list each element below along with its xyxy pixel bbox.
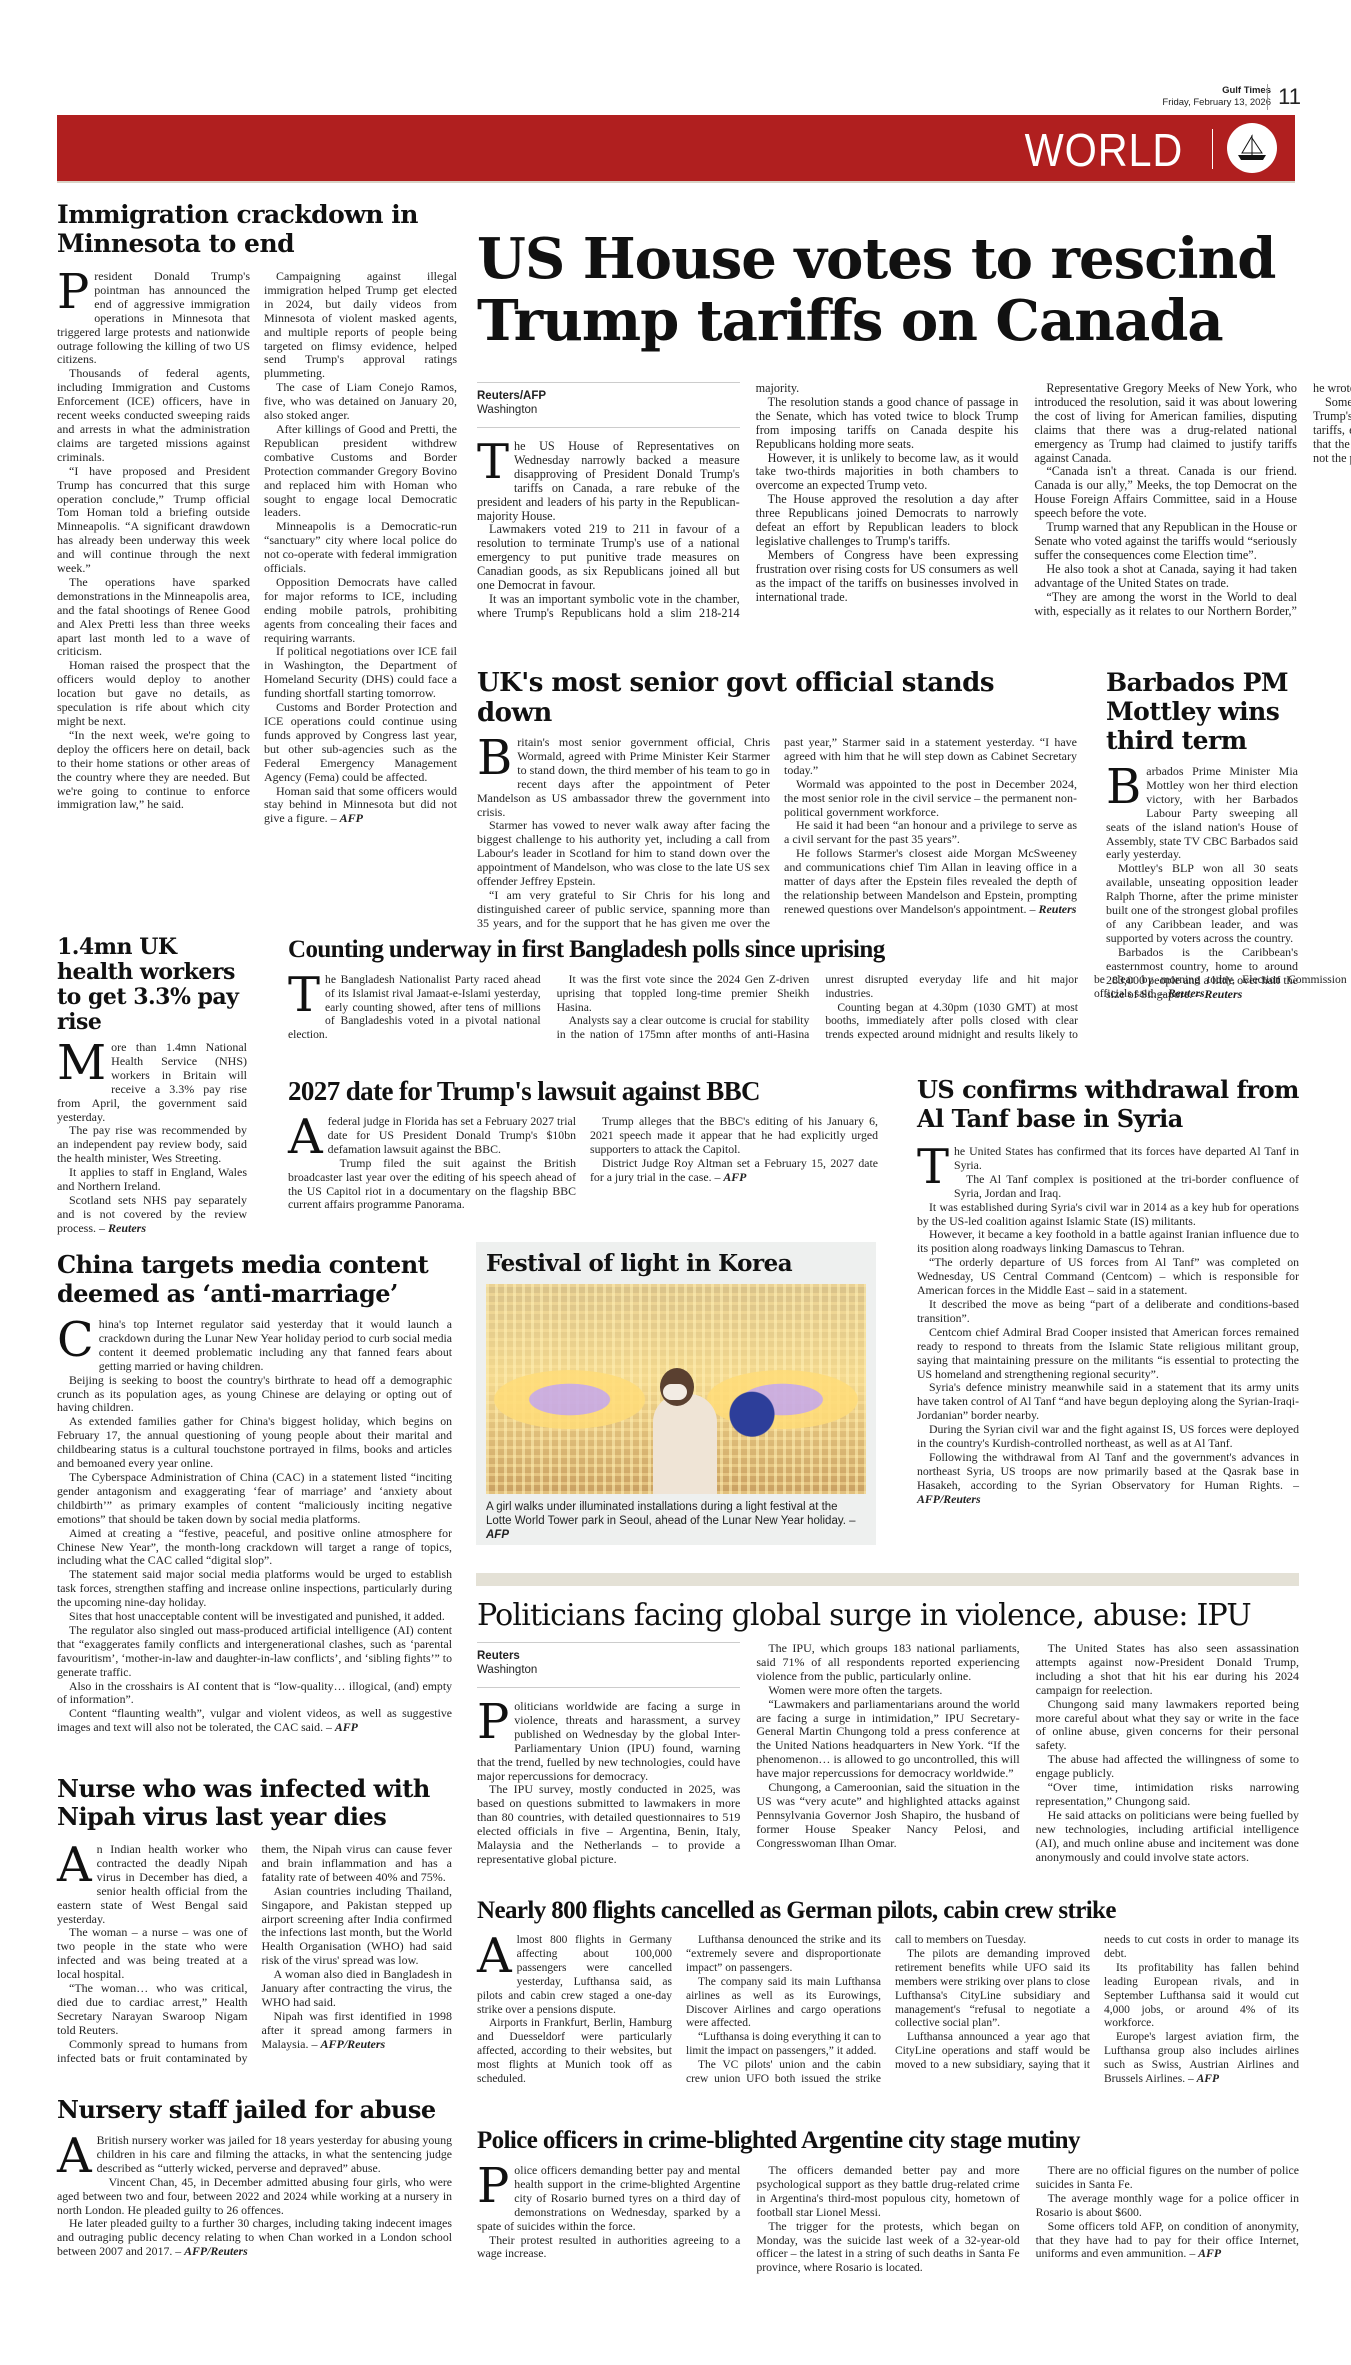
article-bbc: 2027 date for Trump's lawsuit against BB… [288, 1075, 878, 1215]
drop-cap: T [917, 1147, 949, 1187]
drop-cap: P [477, 1702, 509, 1742]
headline: Politicians facing global surge in viole… [477, 1598, 1299, 1634]
article-ipu: Politicians facing global surge in viole… [477, 1598, 1299, 1880]
drop-cap: C [57, 1320, 94, 1360]
byline: Reuters Washington [477, 1642, 740, 1688]
credit: AFP [340, 811, 363, 825]
headline: 1.4mn UK health workers to get 3.3% pay … [57, 935, 247, 1035]
section-divider [476, 1573, 1299, 1586]
masthead-meta: Gulf Times Friday, February 13, 2026 [1162, 85, 1271, 109]
drop-cap: B [477, 738, 512, 778]
festival-photo [486, 1284, 866, 1494]
drop-cap: B [1106, 767, 1141, 807]
article-barbados: Barbados PM Mottley wins third term Barb… [1106, 668, 1298, 1001]
dhow-boat-icon [1227, 123, 1277, 173]
article-uk-official: UK's most senior govt official stands do… [477, 668, 1077, 948]
article-lufthansa: Nearly 800 flights cancelled as German p… [477, 1896, 1299, 2104]
page-number: 11 [1267, 84, 1301, 110]
headline: Nursery staff jailed for abuse [57, 2096, 452, 2124]
section-banner: WORLD [57, 115, 1295, 183]
issue-date: Friday, February 13, 2026 [1162, 97, 1271, 109]
article-argentina: Police officers in crime-blighted Argent… [477, 2126, 1299, 2276]
headline: UK's most senior govt official stands do… [477, 668, 1077, 728]
article-minnesota: Immigration crackdown in Minnesota to en… [57, 200, 457, 910]
drop-cap: A [57, 2136, 92, 2176]
drop-cap: T [477, 442, 509, 482]
article-nhs: 1.4mn UK health workers to get 3.3% pay … [57, 935, 247, 1236]
article-syria: US confirms withdrawal from Al Tanf base… [917, 1075, 1299, 1507]
article-tariffs-body: Reuters/AFP Washington The US House of R… [477, 382, 1297, 632]
drop-cap: P [57, 272, 89, 312]
article-nipah: Nurse who was infected with Nipah virus … [57, 1775, 452, 2083]
drop-cap: A [57, 1845, 92, 1885]
headline: Barbados PM Mottley wins third term [1106, 668, 1298, 755]
banner-divider [1212, 129, 1213, 169]
article-china: China targets media content deemed as ‘a… [57, 1250, 452, 1735]
photo-feature-korea: Festival of light in Korea A girl walks … [476, 1242, 876, 1545]
section-title: WORLD [1024, 123, 1183, 177]
lead-headline: US House votes to rescind Trump tariffs … [477, 228, 1297, 352]
article-nursery: Nursery staff jailed for abuse A British… [57, 2096, 452, 2259]
headline: Nurse who was infected with Nipah virus … [57, 1775, 452, 1831]
drop-cap: M [57, 1043, 106, 1083]
article-tariffs: US House votes to rescind Trump tariffs … [477, 228, 1297, 366]
article-body: President Donald Trump's pointman has an… [57, 270, 457, 910]
headline: Counting underway in first Bangladesh po… [288, 935, 1078, 965]
drop-cap: P [477, 2166, 509, 2206]
drop-cap: A [477, 1936, 512, 1976]
paper-name: Gulf Times [1162, 85, 1271, 97]
article-bangladesh: Counting underway in first Bangladesh po… [288, 935, 1078, 1061]
byline: Reuters/AFP Washington [477, 382, 740, 428]
headline: Nearly 800 flights cancelled as German p… [477, 1896, 1299, 1926]
headline: Immigration crackdown in Minnesota to en… [57, 200, 457, 258]
headline: US confirms withdrawal from Al Tanf base… [917, 1075, 1299, 1133]
drop-cap: A [288, 1117, 323, 1157]
headline: 2027 date for Trump's lawsuit against BB… [288, 1075, 878, 1107]
drop-cap: T [288, 975, 320, 1015]
photo-caption: A girl walks under illuminated installat… [486, 1500, 866, 1542]
headline: Police officers in crime-blighted Argent… [477, 2126, 1299, 2156]
headline: Festival of light in Korea [486, 1250, 866, 1278]
headline: China targets media content deemed as ‘a… [57, 1250, 452, 1308]
